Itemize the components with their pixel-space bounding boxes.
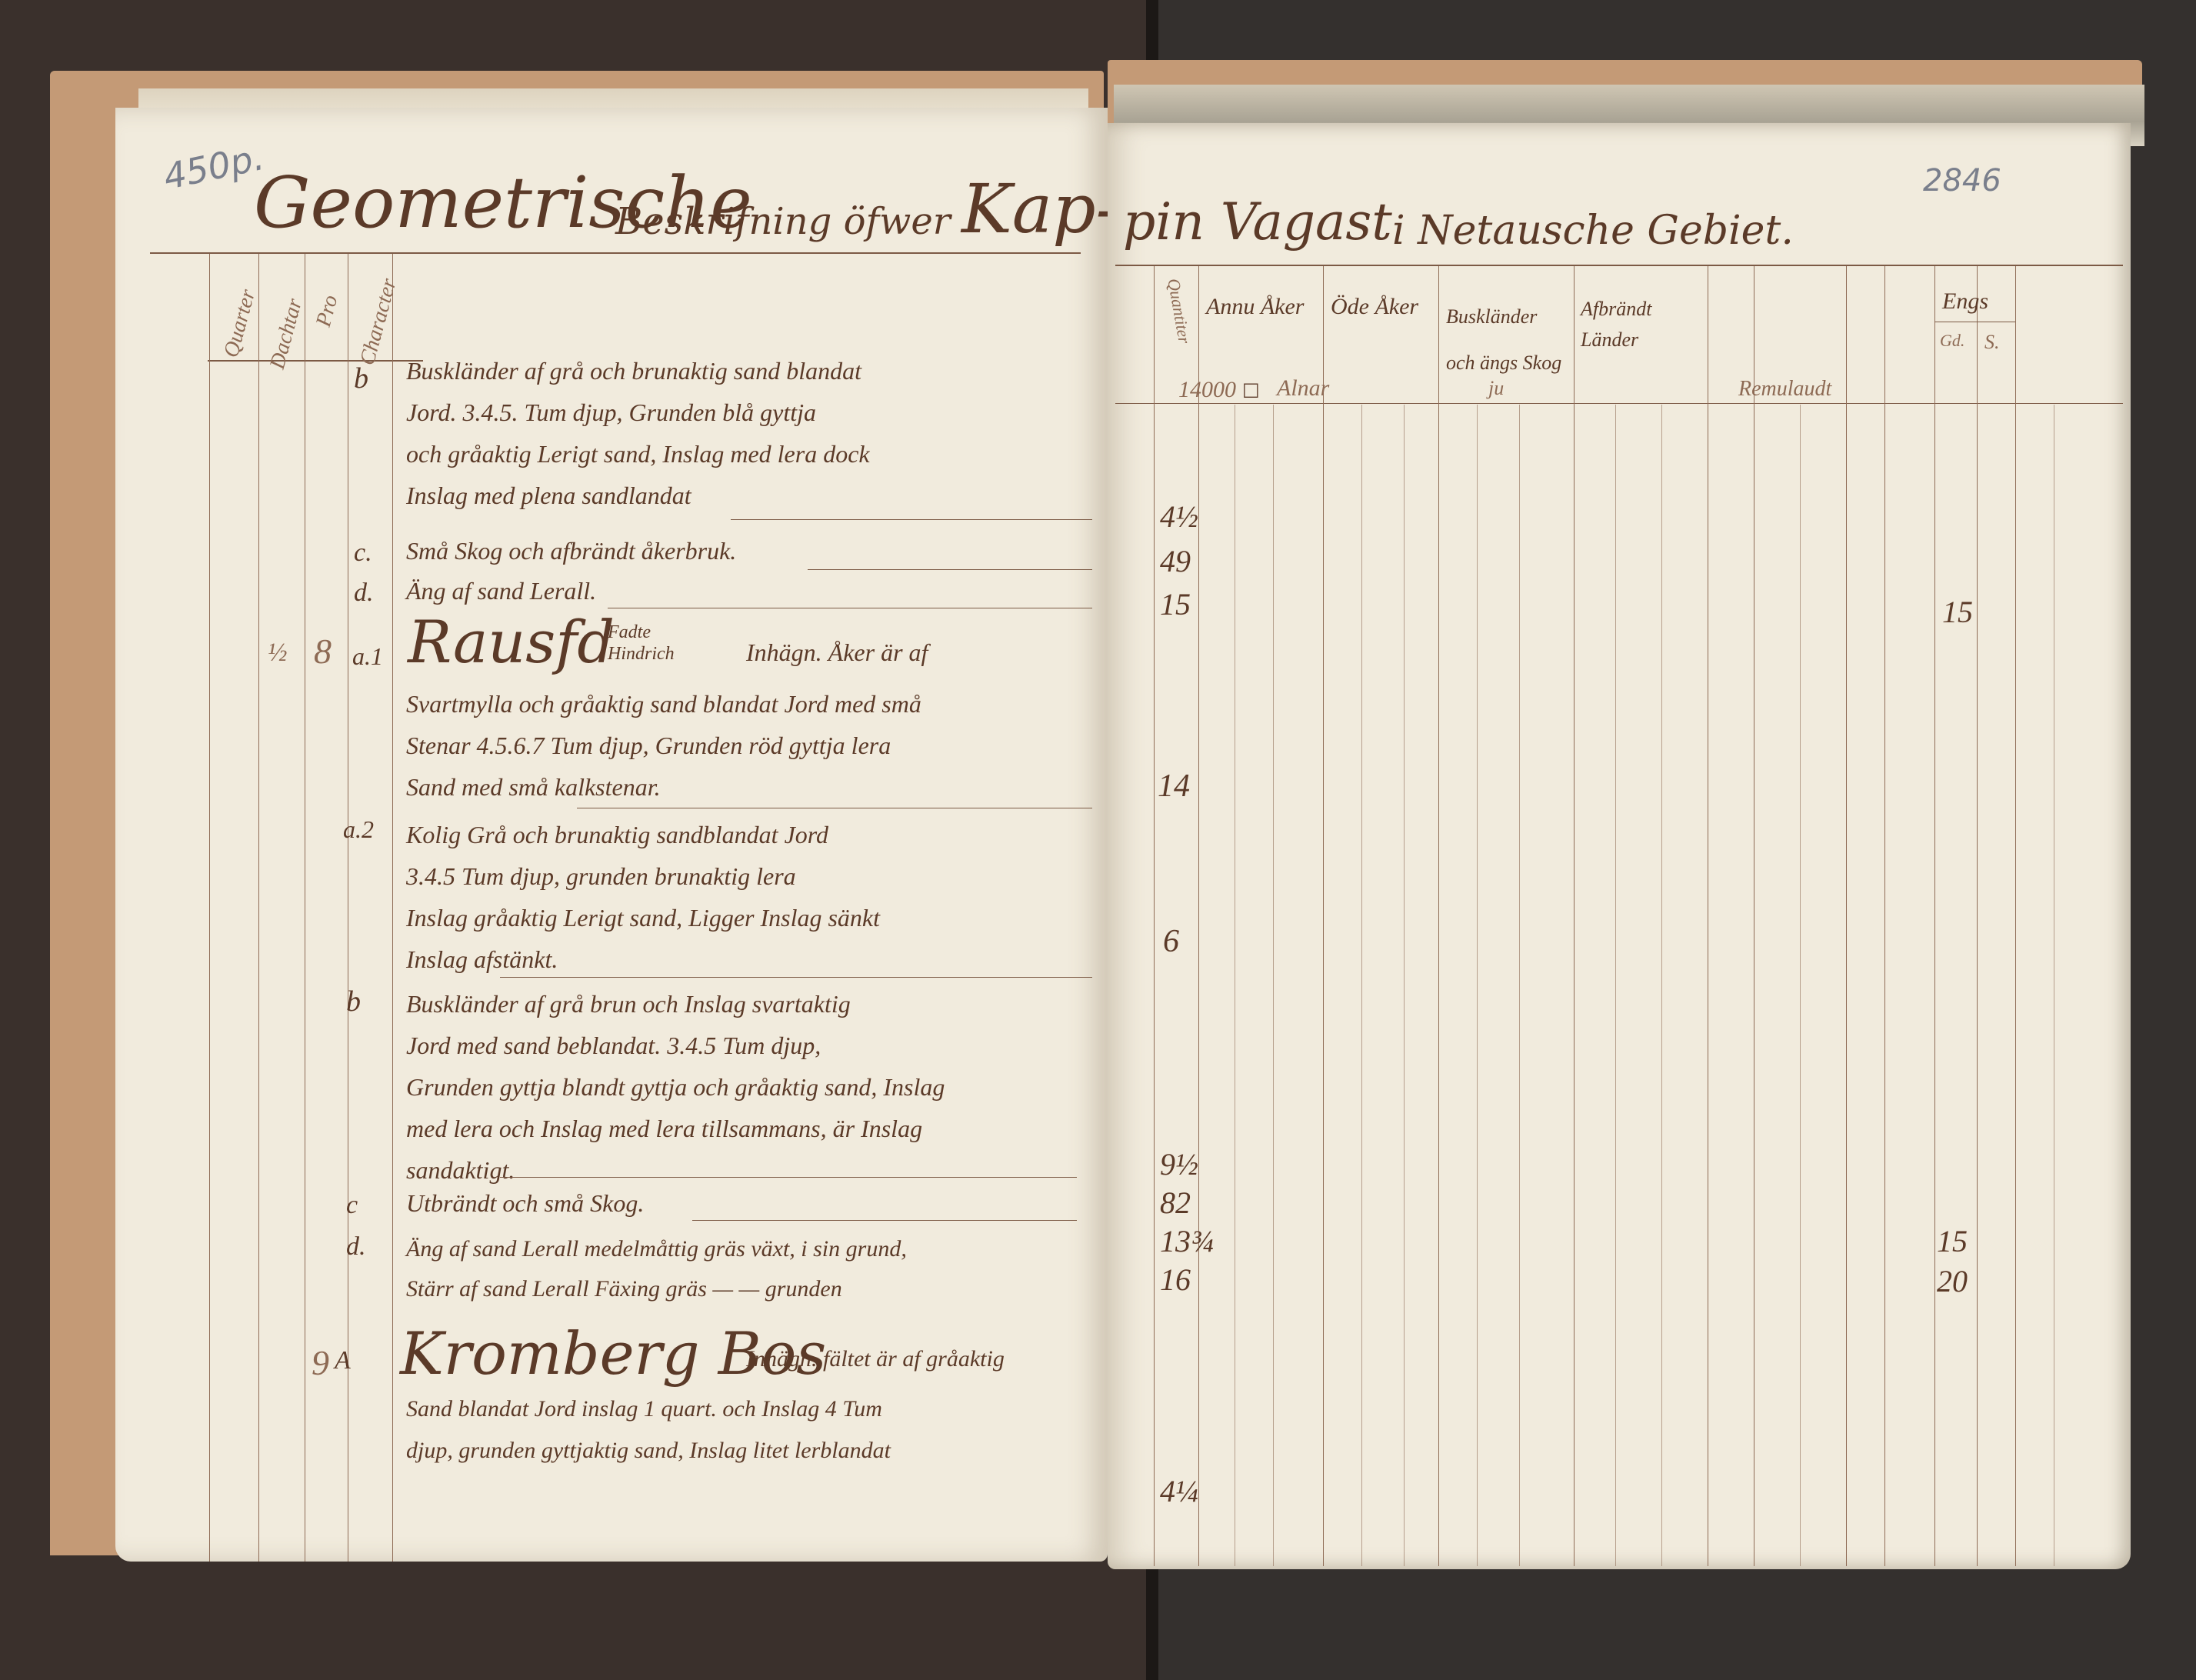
header-rule bbox=[150, 252, 1081, 254]
column-line bbox=[392, 254, 393, 1562]
entry-end-rule bbox=[500, 1177, 1077, 1178]
unit-value: 14000 bbox=[1178, 377, 1236, 403]
row-code: b bbox=[354, 362, 368, 395]
entry-text: Sand blandat Jord inslag 1 quart. och In… bbox=[406, 1388, 1175, 1472]
entry-line: Äng af sand Lerall medelmåttig gräs växt… bbox=[406, 1229, 1175, 1269]
entry-line: Inslag gråaktig Lerigt sand, Ligger Insl… bbox=[406, 897, 1175, 938]
entry-line: djup, grunden gyttjaktig sand, Inslag li… bbox=[406, 1430, 1175, 1472]
entry-text: Utbrändt och små Skog. bbox=[406, 1189, 644, 1218]
subcolumn-line bbox=[1273, 405, 1274, 1566]
row-code: b bbox=[346, 985, 361, 1018]
column-header-engs-sub: Gd. bbox=[1940, 331, 1964, 351]
column-header-afbrandt: Afbrändt Länder bbox=[1581, 294, 1651, 355]
quantity-value: 14 bbox=[1158, 768, 1190, 805]
right-page: 2846 pin Vagast i Netausche Gebiet. Quan… bbox=[1108, 123, 2131, 1569]
column-header-pro: Pro bbox=[312, 292, 344, 329]
left-page: 450p. Geometrische Beskrifning öfwer Kap… bbox=[115, 108, 1108, 1562]
entry-text: Inhägn. Åker är af bbox=[746, 638, 928, 667]
entry-line: Sand med små kalkstenar. bbox=[406, 766, 1175, 808]
entry-text: Äng af sand Lerall medelmåttig gräs växt… bbox=[406, 1229, 1175, 1309]
column-line bbox=[1708, 266, 1708, 1566]
header-line: Afbrändt bbox=[1581, 294, 1651, 325]
entry-text: Svartmylla och gråaktig sand blandat Jor… bbox=[406, 683, 1175, 808]
subcolumn-line bbox=[1519, 405, 1520, 1566]
entry-line: Stärr af sand Lerall Fäxing gräs — — gru… bbox=[406, 1269, 1175, 1309]
quantity-value: 9½ bbox=[1160, 1146, 1198, 1182]
owner-name: Hindrich bbox=[608, 643, 675, 665]
engs-value: 15 bbox=[1937, 1223, 1968, 1259]
header-rule bbox=[1115, 265, 2123, 266]
entry-line: Stenar 4.5.6.7 Tum djup, Grunden röd gyt… bbox=[406, 725, 1175, 766]
quantity-value: 82 bbox=[1160, 1185, 1191, 1221]
row-code: c. bbox=[354, 538, 372, 568]
fraction: ½ bbox=[268, 638, 288, 668]
row-code: a.2 bbox=[343, 815, 374, 844]
entry-line: Jord. 3.4.5. Tum djup, Grunden blå gyttj… bbox=[406, 392, 1175, 433]
column-line bbox=[1977, 266, 1978, 1566]
row-code: d. bbox=[354, 578, 374, 608]
entry-end-rule bbox=[731, 519, 1092, 520]
column-header-quantiter: Quantiter bbox=[1163, 277, 1194, 345]
entry-line: Inslag med plena sandlandat bbox=[406, 475, 1175, 516]
column-line bbox=[1438, 266, 1439, 1566]
entry-line: Kolig Grå och brunaktig sandblandat Jord bbox=[406, 814, 1175, 855]
column-header-rule bbox=[208, 360, 423, 362]
entry-end-rule bbox=[577, 808, 1092, 808]
subheader-label-right: Remulaudt bbox=[1738, 377, 1831, 402]
column-line bbox=[1754, 266, 1754, 1566]
title-gebiet: i Netausche Gebiet. bbox=[1392, 208, 1794, 254]
column-header-character: Character bbox=[355, 276, 402, 368]
entry-end-rule bbox=[692, 1220, 1077, 1221]
column-header-ode-aker: Öde Åker bbox=[1331, 294, 1418, 320]
pencil-folio-number: 450p. bbox=[160, 136, 268, 198]
subcolumn-line bbox=[1661, 405, 1662, 1566]
entry-line: Grunden gyttja blandt gyttja och gråakti… bbox=[406, 1066, 1175, 1108]
row-code: c bbox=[346, 1191, 358, 1220]
quantity-value: 15 bbox=[1160, 586, 1191, 622]
entry-line: Jord med sand beblandat. 3.4.5 Tum djup, bbox=[406, 1025, 1175, 1066]
engs-header-rule bbox=[1934, 322, 2015, 322]
owner-name: Fadte bbox=[608, 622, 675, 643]
quantity-value: 4¼ bbox=[1160, 1473, 1198, 1509]
square-unit-symbol: □ bbox=[1242, 378, 1260, 400]
quantity-value: 16 bbox=[1160, 1262, 1191, 1298]
title-vagast: pin Vagast bbox=[1123, 192, 1392, 252]
column-header-quarter: Quarter bbox=[219, 287, 261, 360]
column-header-engs: Engs bbox=[1942, 288, 1988, 315]
header-line: Buskländer bbox=[1446, 294, 1561, 340]
quantity-value: 4½ bbox=[1160, 498, 1198, 535]
column-header-engs-sub: S. bbox=[1984, 331, 2000, 354]
header-line: Länder bbox=[1581, 325, 1651, 355]
row-code: d. bbox=[346, 1232, 366, 1262]
engs-value: 20 bbox=[1937, 1263, 1968, 1299]
column-line bbox=[209, 254, 210, 1562]
column-line bbox=[1574, 266, 1575, 1566]
pencil-folio-number: 2846 bbox=[1923, 163, 2001, 198]
subheader-rule bbox=[1115, 403, 2123, 404]
quantity-value: 49 bbox=[1160, 543, 1191, 579]
quantity-value: 6 bbox=[1163, 923, 1179, 960]
entry-line: och gråaktig Lerigt sand, Inslag med ler… bbox=[406, 433, 1175, 475]
entry-line: sandaktigt. bbox=[406, 1149, 1175, 1191]
subcolumn-line bbox=[1477, 405, 1478, 1566]
owner-bracket: Fadte Hindrich bbox=[608, 622, 675, 665]
entry-line: Buskländer af grå och brunaktig sand bla… bbox=[406, 350, 1175, 392]
entry-end-rule bbox=[808, 569, 1092, 570]
column-line bbox=[2015, 266, 2016, 1566]
entry-line: Buskländer af grå brun och Inslag svarta… bbox=[406, 983, 1175, 1025]
parcel-number: 9 bbox=[312, 1342, 329, 1383]
title-beskrifning: Beskrifning öfwer bbox=[615, 200, 951, 243]
column-line bbox=[258, 254, 259, 1562]
entry-line: Svartmylla och gråaktig sand blandat Jor… bbox=[406, 683, 1175, 725]
entry-line: Inslag afstänkt. bbox=[406, 938, 1175, 980]
engs-value: 15 bbox=[1942, 594, 1973, 630]
column-line bbox=[1323, 266, 1324, 1566]
row-code: a.1 bbox=[352, 642, 383, 671]
column-line bbox=[1884, 266, 1885, 1566]
subcolumn-line bbox=[1235, 405, 1235, 1566]
entry-text: Äng af sand Lerall. bbox=[406, 577, 596, 605]
column-line bbox=[305, 254, 305, 1562]
column-header-busklander: Buskländer och ängs Skog bbox=[1446, 294, 1561, 386]
row-code: A bbox=[335, 1346, 351, 1375]
unit-mark: ju bbox=[1488, 377, 1504, 400]
unit-label: Alnar bbox=[1277, 375, 1329, 402]
entry-end-rule bbox=[500, 977, 1092, 978]
column-line bbox=[1198, 266, 1199, 1566]
subcolumn-line bbox=[1615, 405, 1616, 1566]
column-line bbox=[1154, 266, 1155, 1566]
entry-line: Sand blandat Jord inslag 1 quart. och In… bbox=[406, 1388, 1175, 1430]
column-line bbox=[1934, 266, 1935, 1566]
subcolumn-line bbox=[1800, 405, 1801, 1566]
subcolumn-line bbox=[1361, 405, 1362, 1566]
entry-end-rule bbox=[608, 608, 1092, 608]
entry-text: Buskländer af grå brun och Inslag svarta… bbox=[406, 983, 1175, 1191]
column-line bbox=[1846, 266, 1847, 1566]
entry-text: Kolig Grå och brunaktig sandblandat Jord… bbox=[406, 814, 1175, 980]
column-header-annu-aker: Annu Åker bbox=[1206, 294, 1304, 320]
entry-text: Inhägn. fältet är af gråaktig bbox=[746, 1346, 1005, 1372]
quantity-value: 13¾ bbox=[1160, 1223, 1214, 1259]
title-kap: Kap- bbox=[961, 169, 1118, 248]
entry-text: Små Skog och afbrändt åkerbruk. bbox=[406, 537, 736, 565]
entry-text: Buskländer af grå och brunaktig sand bla… bbox=[406, 350, 1175, 516]
parcel-number: 8 bbox=[314, 631, 332, 672]
entry-line: 3.4.5 Tum djup, grunden brunaktig lera bbox=[406, 855, 1175, 897]
farm-name-heading: Rausfd bbox=[408, 608, 615, 676]
entry-line: med lera och Inslag med lera tillsammans… bbox=[406, 1108, 1175, 1149]
subcolumn-line bbox=[2054, 405, 2054, 1566]
subcolumn-line bbox=[1404, 405, 1405, 1566]
